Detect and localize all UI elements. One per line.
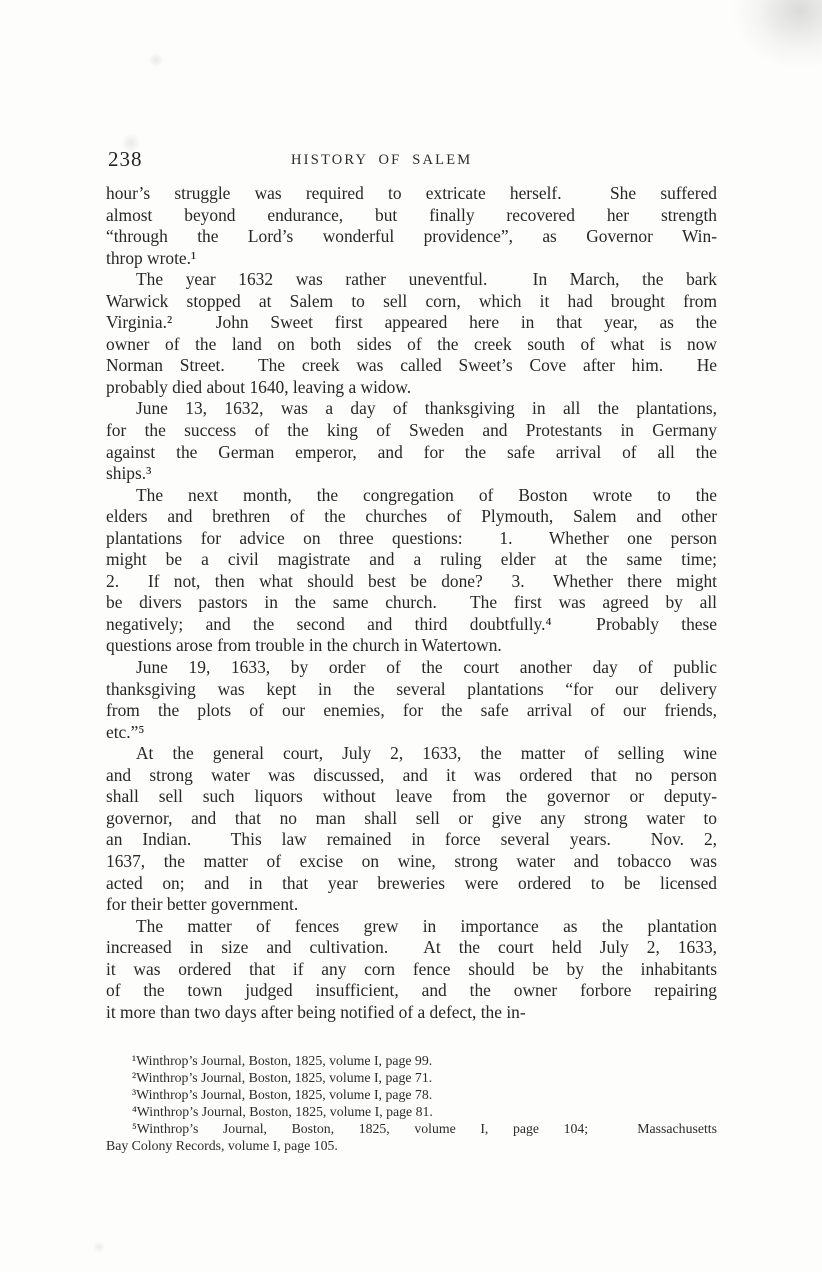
text-line: it was ordered that if any corn fence sh… xyxy=(106,959,717,981)
footnote: ¹Winthrop’s Journal, Boston, 1825, volum… xyxy=(106,1052,717,1069)
footnote-line: ⁵Winthrop’s Journal, Boston, 1825, volum… xyxy=(106,1120,717,1137)
text-line: “through the Lord’s wonderful providence… xyxy=(106,226,717,248)
footnote: ⁵Winthrop’s Journal, Boston, 1825, volum… xyxy=(106,1120,717,1154)
text-line: it more than two days after being notifi… xyxy=(106,1002,717,1024)
text-line: for their better government. xyxy=(106,894,717,916)
text-line: an Indian. This law remained in force se… xyxy=(106,829,717,851)
text-line: hour’s struggle was required to extricat… xyxy=(106,183,717,205)
text-line: ships.³ xyxy=(106,463,717,485)
text-line: June 13, 1632, was a day of thanksgiving… xyxy=(106,398,717,420)
paragraph: The year 1632 was rather uneventful. In … xyxy=(106,269,717,398)
text-line: The next month, the congregation of Bost… xyxy=(106,485,717,507)
paragraph: At the general court, July 2, 1633, the … xyxy=(106,743,717,915)
text-line: shall sell such liquors without leave fr… xyxy=(106,786,717,808)
page-number: 238 xyxy=(108,146,143,172)
scan-smudge-spot xyxy=(92,1242,106,1252)
footnote-line: ³Winthrop’s Journal, Boston, 1825, volum… xyxy=(106,1086,717,1103)
scan-smudge-top-right xyxy=(732,0,822,70)
text-line: increased in size and cultivation. At th… xyxy=(106,937,717,959)
text-line: questions arose from trouble in the chur… xyxy=(106,635,717,657)
paragraph: June 13, 1632, was a day of thanksgiving… xyxy=(106,398,717,484)
text-line: probably died about 1640, leaving a wido… xyxy=(106,377,717,399)
text-line: be divers pastors in the same church. Th… xyxy=(106,592,717,614)
paragraph: The matter of fences grew in importance … xyxy=(106,916,717,1024)
footnote: ²Winthrop’s Journal, Boston, 1825, volum… xyxy=(106,1069,717,1086)
text-line: almost beyond endurance, but finally rec… xyxy=(106,205,717,227)
text-line: might be a civil magistrate and a ruling… xyxy=(106,549,717,571)
footnote-line: ¹Winthrop’s Journal, Boston, 1825, volum… xyxy=(106,1052,717,1069)
text-line: of the town judged insufficient, and the… xyxy=(106,980,717,1002)
text-line: from the plots of our enemies, for the s… xyxy=(106,700,717,722)
text-line: for the success of the king of Sweden an… xyxy=(106,420,717,442)
footnote-line: Bay Colony Records, volume I, page 105. xyxy=(106,1137,717,1154)
text-line: plantations for advice on three question… xyxy=(106,528,717,550)
text-line: Warwick stopped at Salem to sell corn, w… xyxy=(106,291,717,313)
text-line: 2. If not, then what should best be done… xyxy=(106,571,717,593)
footnotes: ¹Winthrop’s Journal, Boston, 1825, volum… xyxy=(106,1052,717,1155)
text-line: etc.”⁵ xyxy=(106,722,717,744)
text-line: governor, and that no man shall sell or … xyxy=(106,808,717,830)
footnote-line: ²Winthrop’s Journal, Boston, 1825, volum… xyxy=(106,1069,717,1086)
paragraph: The next month, the congregation of Bost… xyxy=(106,485,717,657)
text-line: The year 1632 was rather uneventful. In … xyxy=(106,269,717,291)
text-line: owner of the land on both sides of the c… xyxy=(106,334,717,356)
paragraph: hour’s struggle was required to extricat… xyxy=(106,183,717,269)
text-line: throp wrote.¹ xyxy=(106,248,717,270)
text-line: Virginia.² John Sweet first appeared her… xyxy=(106,312,717,334)
paragraph: June 19, 1633, by order of the court ano… xyxy=(106,657,717,743)
text-line: and strong water was discussed, and it w… xyxy=(106,765,717,787)
body-text: hour’s struggle was required to extricat… xyxy=(106,183,717,1023)
text-line: 1637, the matter of excise on wine, stro… xyxy=(106,851,717,873)
footnote: ³Winthrop’s Journal, Boston, 1825, volum… xyxy=(106,1086,717,1103)
text-line: elders and brethren of the churches of P… xyxy=(106,506,717,528)
running-title: HISTORY OF SALEM xyxy=(291,151,472,169)
text-line: negatively; and the second and third dou… xyxy=(106,614,717,636)
book-page: 238 HISTORY OF SALEM hour’s struggle was… xyxy=(0,0,822,1272)
text-line: against the German emperor, and for the … xyxy=(106,442,717,464)
text-line: Norman Street. The creek was called Swee… xyxy=(106,355,717,377)
text-line: June 19, 1633, by order of the court ano… xyxy=(106,657,717,679)
footnote: ⁴Winthrop’s Journal, Boston, 1825, volum… xyxy=(106,1103,717,1120)
text-line: The matter of fences grew in importance … xyxy=(106,916,717,938)
footnote-line: ⁴Winthrop’s Journal, Boston, 1825, volum… xyxy=(106,1103,717,1120)
text-line: At the general court, July 2, 1633, the … xyxy=(106,743,717,765)
text-line: acted on; and in that year breweries wer… xyxy=(106,873,717,895)
text-line: thanksgiving was kept in the several pla… xyxy=(106,679,717,701)
scan-smudge-spot xyxy=(148,52,164,68)
